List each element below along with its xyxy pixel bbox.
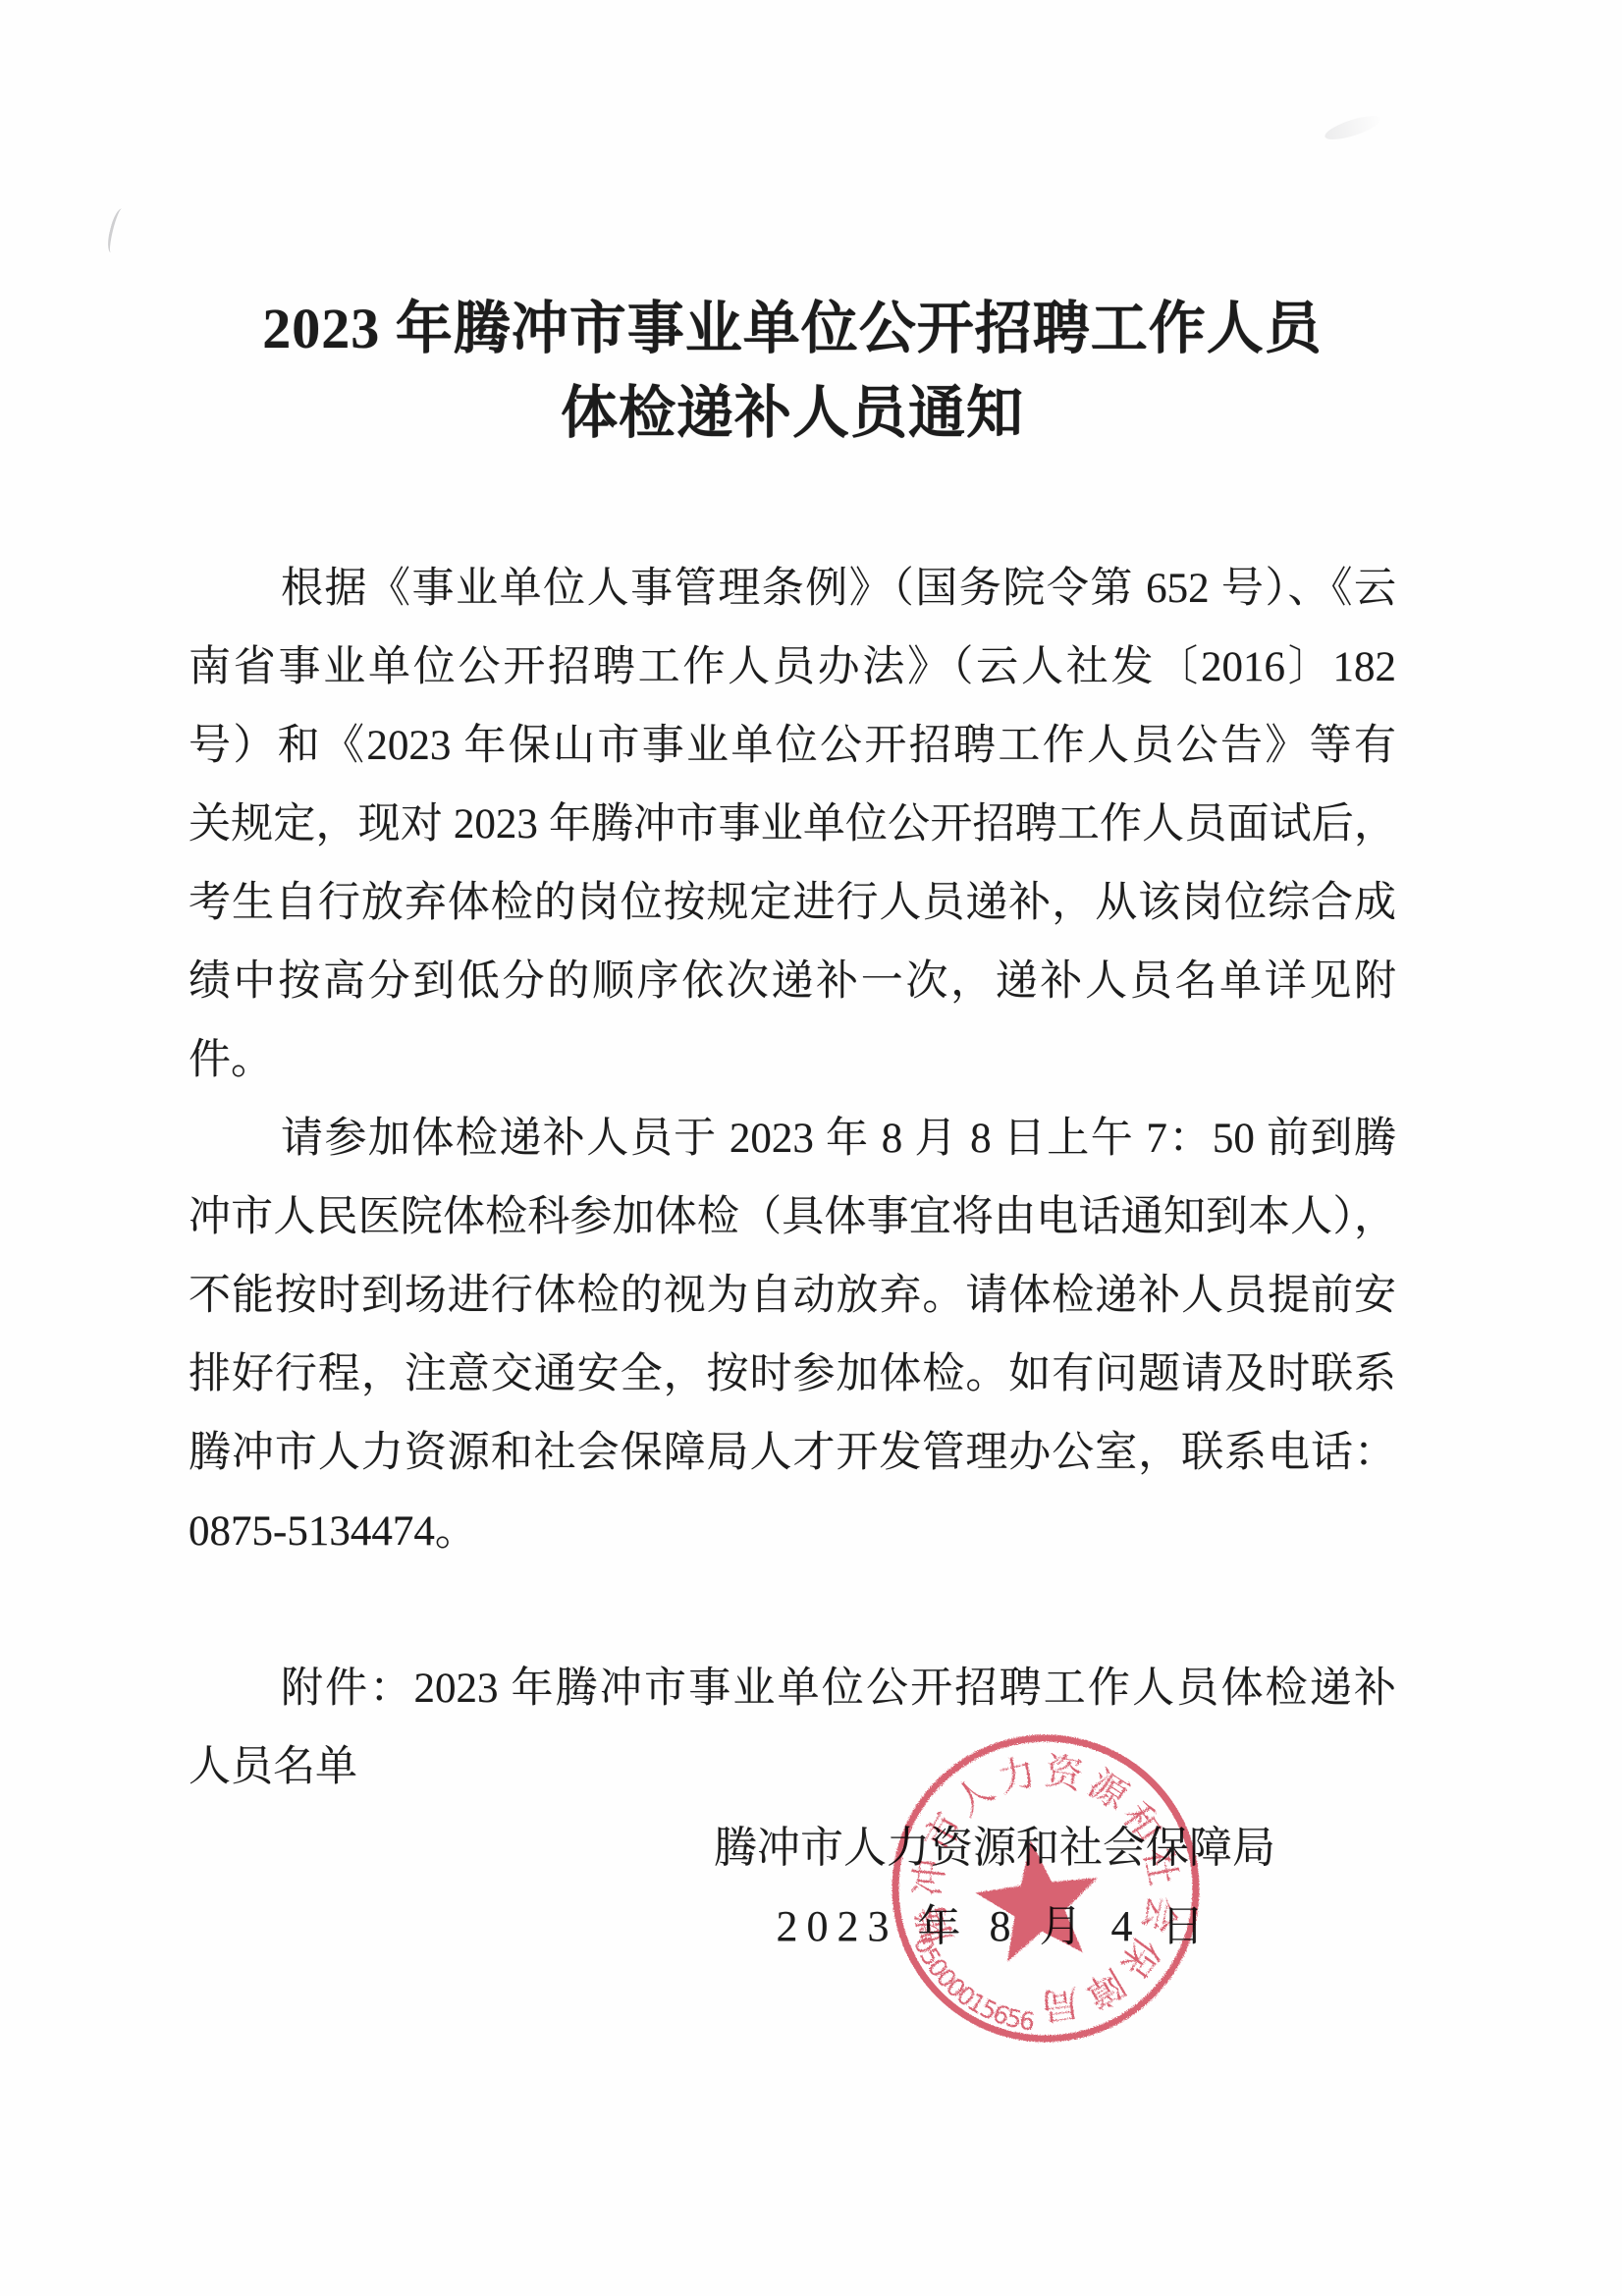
scan-smudge (105, 207, 129, 254)
notice-title-line2: 体检递补人员通知 (189, 371, 1396, 456)
seal-star-icon (970, 1833, 1107, 1965)
notice-title: 2023 年腾冲市事业单位公开招聘工作人员 体检递补人员通知 (189, 287, 1396, 456)
svg-text:6: 6 (1017, 2006, 1037, 2037)
svg-text:局: 局 (1039, 1981, 1081, 2026)
body-line: 根据《事业单位人事管理条例》（国务院令第 652 号）、《云 (189, 550, 1396, 629)
body-line: 南省事业单位公开招聘工作人员办法》（云人社发〔2016〕182 (189, 629, 1396, 707)
body-line: 考生自行放弃体检的岗位按规定进行人员递补，从该岗位综合成 (189, 864, 1396, 943)
svg-text:保: 保 (1111, 1930, 1166, 1984)
body-line: 冲市人民医院体检科参加体检（具体事宜将由电话通知到本人）， (189, 1178, 1396, 1257)
notice-body: 根据《事业单位人事管理条例》（国务院令第 652 号）、《云 南省事业单位公开招… (189, 550, 1396, 1571)
official-red-seal: 腾冲市人力资源和社会保障局 05000015656 (877, 1720, 1215, 2057)
body-line: 绩中按高分到低分的顺序依次递补一次，递补人员名单详见附 (189, 943, 1396, 1021)
scanned-notice-page: 2023 年腾冲市事业单位公开招聘工作人员 体检递补人员通知 根据《事业单位人事… (0, 0, 1622, 2296)
body-line: 腾冲市人力资源和社会保障局人才开发管理办公室，联系电话： (189, 1414, 1396, 1493)
body-line: 排好行程，注意交通安全，按时参加体检。如有问题请及时联系 (189, 1336, 1396, 1414)
svg-text:力: 力 (994, 1752, 1040, 1801)
body-line: 请参加体检递补人员于 2023 年 8 月 8 日上午 7：50 前到腾 (189, 1100, 1396, 1178)
notice-title-line1: 2023 年腾冲市事业单位公开招聘工作人员 (189, 287, 1396, 371)
svg-text:冲: 冲 (908, 1857, 952, 1898)
svg-text:社: 社 (1136, 1844, 1183, 1888)
body-line: 件。 (189, 1021, 1396, 1100)
svg-text:障: 障 (1078, 1961, 1131, 2016)
body-line: 关规定，现对 2023 年腾冲市事业单位公开招聘工作人员面试后， (189, 786, 1396, 864)
body-line: 不能按时到场进行体检的视为自动放弃。请体检递补人员提前安 (189, 1257, 1396, 1336)
body-line: 号）和《2023 年保山市事业单位公开招聘工作人员公告》等有 (189, 707, 1396, 786)
body-line: 0875-5134474。 (189, 1493, 1396, 1571)
svg-text:资: 资 (1042, 1751, 1086, 1798)
attachment-line1: 附件：2023 年腾冲市事业单位公开招聘工作人员体检递补 (189, 1650, 1396, 1728)
attachment-note: 附件：2023 年腾冲市事业单位公开招聘工作人员体检递补 人员名单 (189, 1650, 1396, 1807)
svg-text:人: 人 (947, 1770, 1002, 1825)
svg-text:和: 和 (1114, 1796, 1169, 1850)
svg-text:会: 会 (1135, 1891, 1183, 1937)
attachment-line2: 人员名单 (189, 1728, 1396, 1807)
svg-text:市: 市 (917, 1806, 971, 1859)
scan-smudge (1323, 111, 1383, 144)
